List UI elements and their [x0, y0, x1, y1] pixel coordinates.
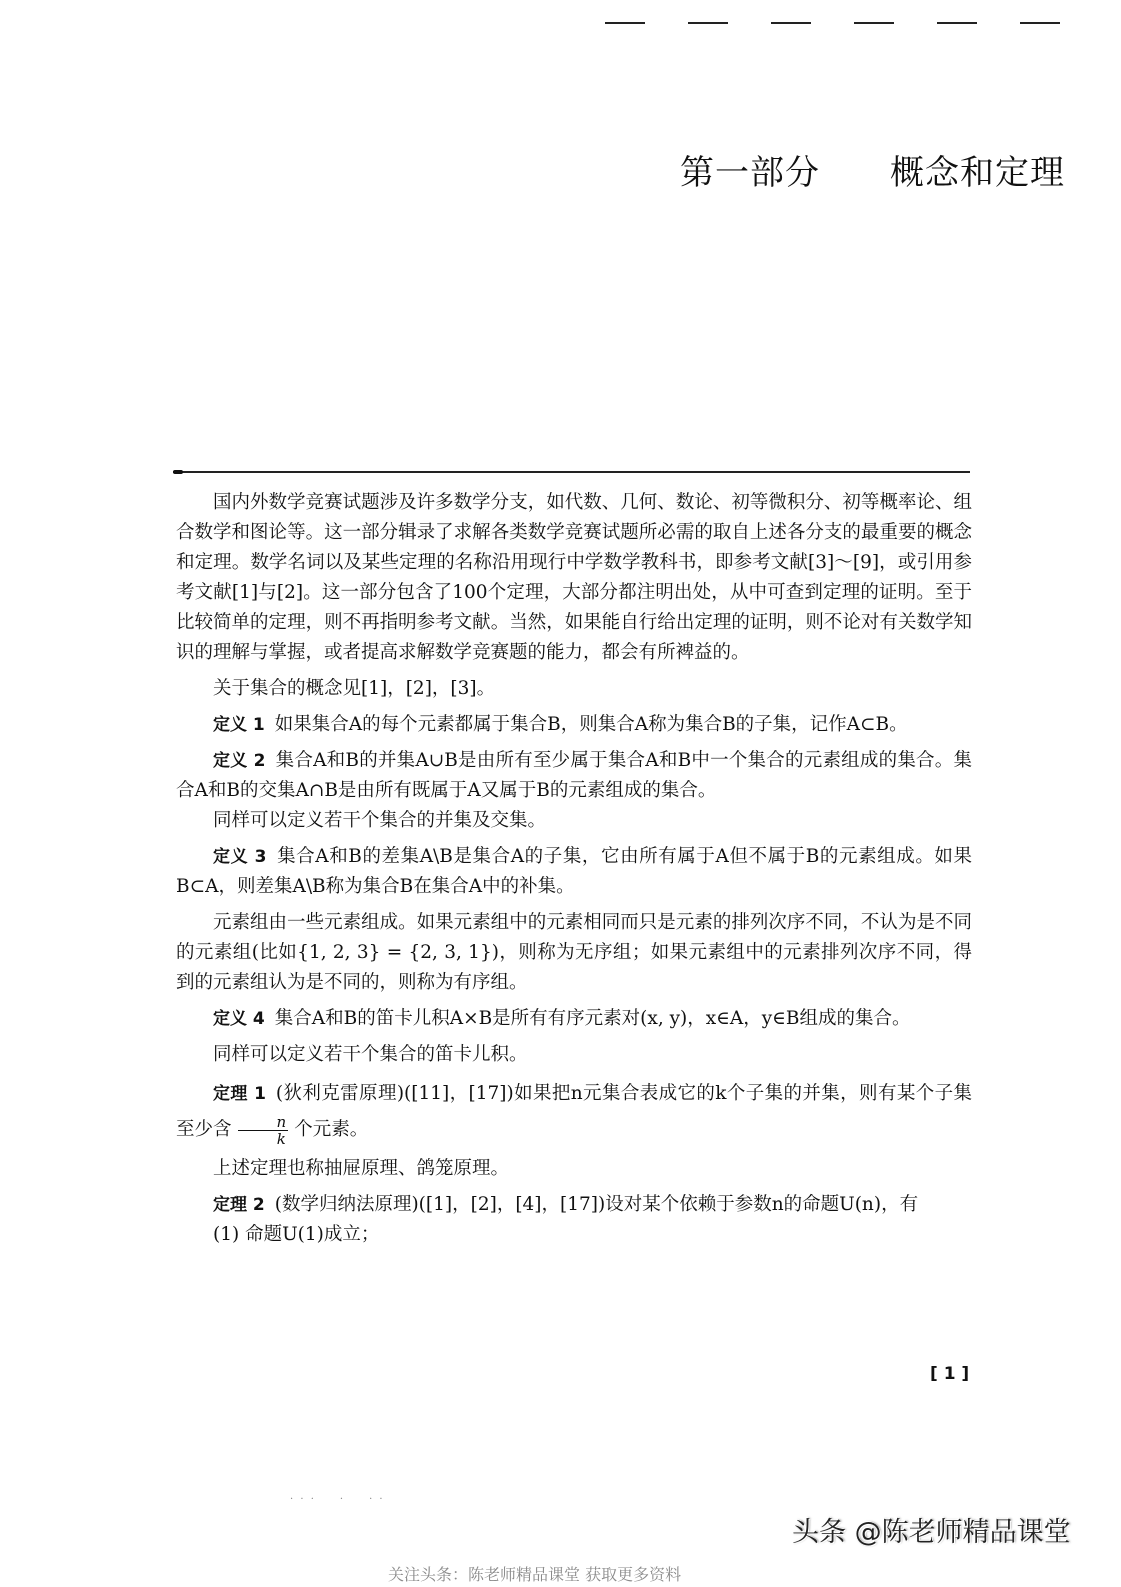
section-rule: [173, 471, 970, 473]
definition-3: 定义 3集合A和B的差集A\B是集合A的子集，它由所有属于A但不属于B的元素组成…: [176, 842, 972, 902]
definition-4: 定义 4集合A和B的笛卡儿积A×B是所有有序元素对(x, y)，x∈A，y∈B组…: [176, 1004, 972, 1034]
dash: [854, 22, 894, 24]
intro-paragraph: 国内外数学竞赛试题涉及许多数学分支，如代数、几何、数论、初等微积分、初等概率论、…: [176, 488, 972, 668]
fraction-n-over-k: nk: [238, 1114, 289, 1147]
note-pigeonhole: 上述定理也称抽屉原理、鸽笼原理。: [176, 1154, 972, 1184]
theorem-label: 定理 2: [213, 1195, 265, 1215]
page-number: [ 1 ]: [930, 1364, 969, 1384]
dash: [688, 22, 728, 24]
scan-artifacts: · · · · · ·: [290, 1490, 385, 1505]
definition-text: 集合A和B的并集A∪B是由所有至少属于集合A和B中一个集合的元素组成的集合。集合…: [176, 750, 972, 801]
definition-label: 定义 1: [213, 715, 265, 735]
note-cartesian: 同样可以定义若干个集合的笛卡儿积。: [176, 1040, 972, 1070]
header-dashes: [605, 22, 1060, 24]
fraction-denominator: k: [240, 1131, 286, 1147]
theorem-1: 定理 1(狄利克雷原理)([11]，[17])如果把n元集合表成它的k个子集的并…: [176, 1076, 972, 1148]
theorem-text-end: 个元素。: [294, 1119, 368, 1140]
theorem-2-item-1: (1) 命题U(1)成立；: [176, 1220, 972, 1250]
definition-text: 集合A和B的笛卡儿积A×B是所有有序元素对(x, y)，x∈A，y∈B组成的集合…: [275, 1008, 911, 1029]
note-tuples: 元素组由一些元素组成。如果元素组中的元素相同而只是元素的排列次序不同，不认为是不…: [176, 908, 972, 998]
dash: [771, 22, 811, 24]
fraction-numerator: n: [238, 1114, 289, 1131]
part-title: 第一部分 概念和定理: [680, 145, 1065, 194]
dash: [1020, 22, 1060, 24]
definition-label: 定义 3: [213, 847, 267, 867]
watermark-bottom: 关注头条：陈老师精品课堂 获取更多资料: [388, 1562, 681, 1585]
theorem-2: 定理 2(数学归纳法原理)([1]，[2]，[4]，[17])设对某个依赖于参数…: [176, 1190, 972, 1220]
definition-2: 定义 2集合A和B的并集A∪B是由所有至少属于集合A和B中一个集合的元素组成的集…: [176, 746, 972, 806]
definition-text: 如果集合A的每个元素都属于集合B，则集合A称为集合B的子集，记作A⊂B。: [275, 714, 908, 735]
sets-reference: 关于集合的概念见[1]，[2]，[3]。: [176, 674, 972, 704]
theorem-text: (数学归纳法原理)([1]，[2]，[4]，[17])设对某个依赖于参数n的命题…: [275, 1194, 918, 1215]
definition-label: 定义 4: [213, 1009, 265, 1029]
note-union-intersection: 同样可以定义若干个集合的并集及交集。: [176, 806, 972, 836]
watermark-right: 头条 @陈老师精品课堂: [792, 1510, 1071, 1549]
dash: [937, 22, 977, 24]
dash: [605, 22, 645, 24]
theorem-label: 定理 1: [213, 1084, 266, 1104]
page-body: 国内外数学竞赛试题涉及许多数学分支，如代数、几何、数论、初等微积分、初等概率论、…: [176, 488, 972, 1250]
definition-text: 集合A和B的差集A\B是集合A的子集，它由所有属于A但不属于B的元素组成。如果B…: [176, 846, 972, 897]
definition-label: 定义 2: [213, 751, 265, 771]
definition-1: 定义 1如果集合A的每个元素都属于集合B，则集合A称为集合B的子集，记作A⊂B。: [176, 710, 972, 740]
